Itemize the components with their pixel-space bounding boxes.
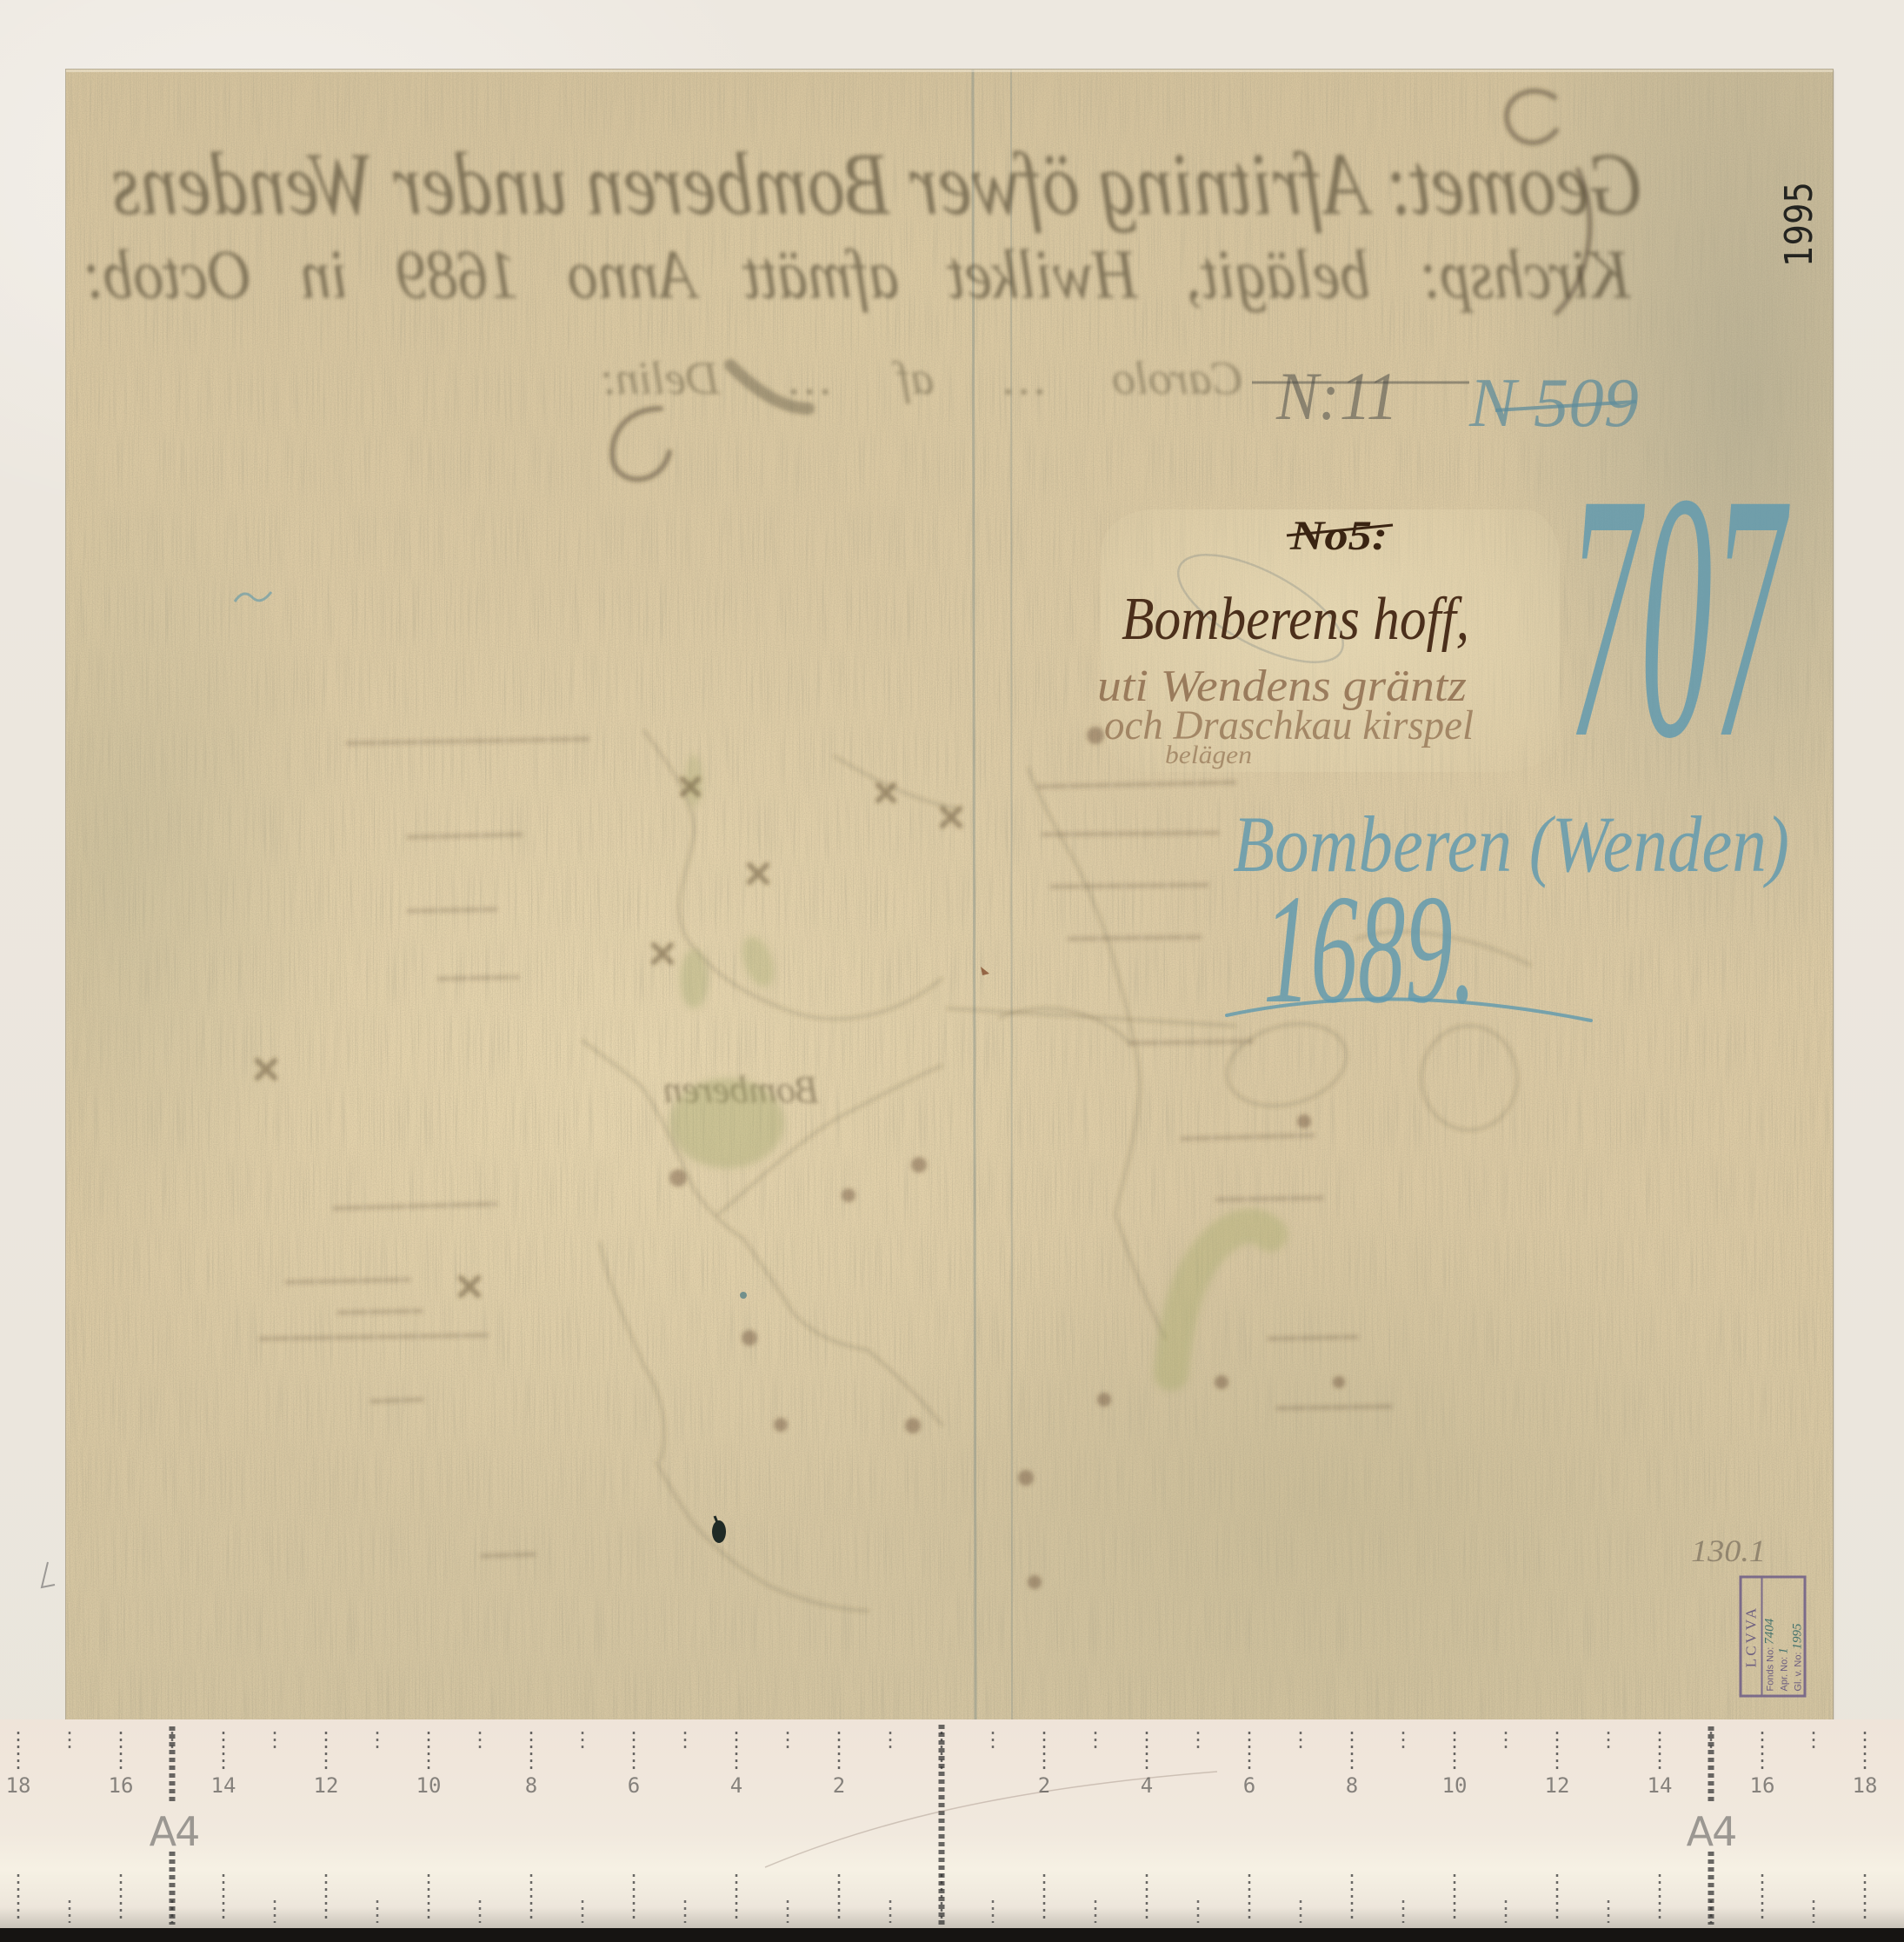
- ruler-label: 16: [103, 1773, 138, 1798]
- stamp-row-label: Gl. v. No:: [1793, 1652, 1803, 1691]
- pasted-label-patch: [1101, 509, 1560, 772]
- scanner-edge: [0, 1928, 1904, 1942]
- ruler-label: 14: [1642, 1773, 1677, 1798]
- ruler-label: 8: [1335, 1773, 1369, 1798]
- ruler-label: 6: [1232, 1773, 1267, 1798]
- stamp-row: Gl. v. No:1995: [1790, 1578, 1804, 1694]
- bleed-through-title-line-1: Geomet: Afritning öfwer Bomberen under W…: [174, 138, 1643, 228]
- bleed-through-map-label: Bomberen: [654, 1071, 819, 1109]
- stamp-row-value: 7404: [1762, 1618, 1776, 1644]
- ruler-label: 14: [206, 1773, 241, 1798]
- archive-stamp-box: LCVVA Fonds No:7404 Apr. No:1 Gl. v. No:…: [1739, 1575, 1806, 1697]
- paper-texture: [66, 70, 1833, 1719]
- ruler-label: 4: [1129, 1773, 1164, 1798]
- bleed-through-title-line-3: Carolo … af … Delin:: [600, 355, 1243, 402]
- paper-format-mark: A4: [1668, 1808, 1754, 1855]
- stamp-row: Apr. No:1: [1776, 1578, 1790, 1694]
- ruler-label: 8: [514, 1773, 549, 1798]
- measuring-ruler: [0, 1719, 1904, 1928]
- ruler-label: 10: [1437, 1773, 1472, 1798]
- stamp-row-value: 1: [1776, 1647, 1790, 1654]
- stamp-row-label: Apr. No:: [1779, 1656, 1789, 1691]
- ruler-label: 10: [411, 1773, 446, 1798]
- archive-stamp: LCVVA Fonds No:7404 Apr. No:1 Gl. v. No:…: [1739, 1575, 1806, 1697]
- stamp-title: LCVVA: [1741, 1578, 1762, 1694]
- stamp-row-label: Fonds No:: [1765, 1646, 1775, 1691]
- ruler-label: 12: [1540, 1773, 1574, 1798]
- stamp-row-value: 1995: [1790, 1623, 1804, 1649]
- paper-format-mark: A4: [130, 1808, 217, 1855]
- ruler-label: 2: [1027, 1773, 1062, 1798]
- stamp-row: Fonds No:7404: [1762, 1578, 1776, 1694]
- ruler-label: 6: [616, 1773, 651, 1798]
- ruler-label: 12: [309, 1773, 343, 1798]
- ruler-label: 16: [1745, 1773, 1780, 1798]
- ruler-label: 2: [822, 1773, 856, 1798]
- ruler-label: 18: [1847, 1773, 1882, 1798]
- bleed-through-title-line-2: Kirchsp: belägit, Hwilket afmätt Anno 16…: [83, 241, 1630, 311]
- ruler-label: 18: [1, 1773, 36, 1798]
- ruler-label: 4: [719, 1773, 754, 1798]
